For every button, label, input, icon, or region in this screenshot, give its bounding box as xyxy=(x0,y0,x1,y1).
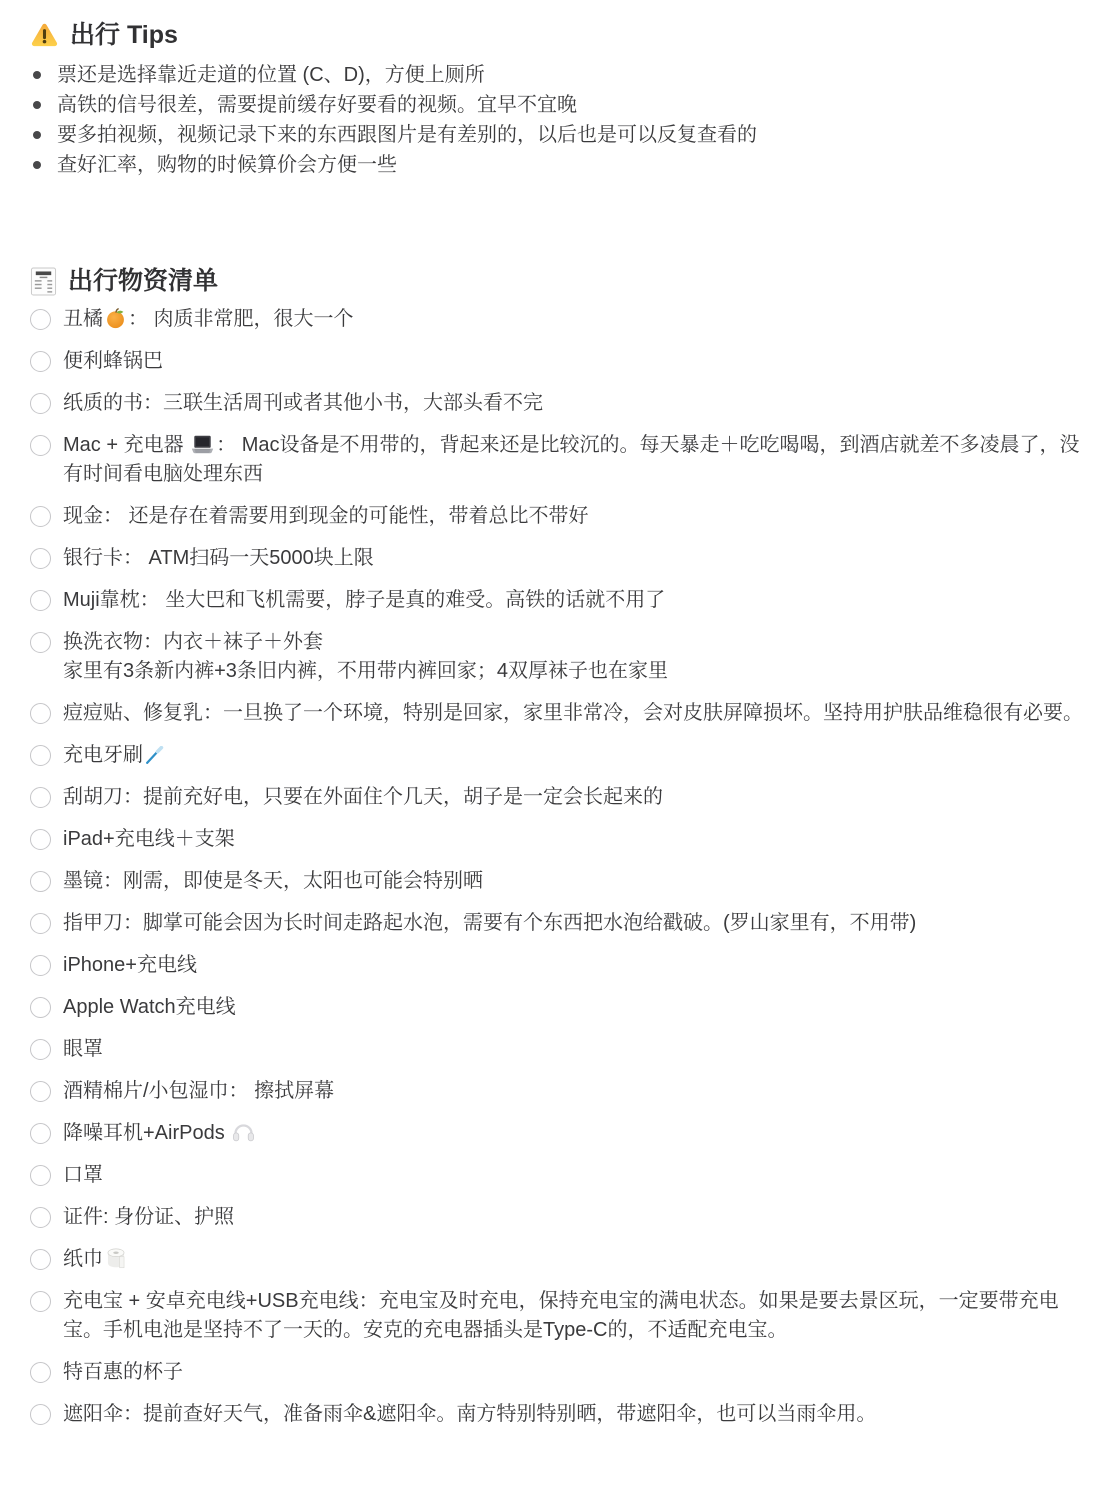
checklist-item: Apple Watch充电线 xyxy=(30,993,1094,1022)
item-text: 墨镜：刚需，即使是冬天，太阳也可能会特别晒 xyxy=(63,867,483,896)
checkbox-circle[interactable] xyxy=(30,548,51,569)
tip-text: 高铁的信号很差，需要提前缓存好要看的视频。宜早不宜晚 xyxy=(57,90,577,120)
toothbrush-icon xyxy=(145,746,164,765)
item-text: 证件: 身份证、护照 xyxy=(63,1203,234,1232)
checkbox-circle[interactable] xyxy=(30,632,51,653)
checkbox-circle[interactable] xyxy=(30,590,51,611)
bullet-icon xyxy=(33,71,41,79)
item-text-segment: 纸巾 xyxy=(63,1248,103,1270)
checklist-item: 银行卡： ATM扫码一天5000块上限 xyxy=(30,544,1094,573)
headphones-icon xyxy=(232,1122,255,1143)
item-text-segment: ： Mac设备是不用带的，背起来还是比较沉的。每天暴走＋吃吃喝喝，到酒店就差不多… xyxy=(63,434,1079,485)
item-text-segment: 纸质的书：三联生活周刊或者其他小书，大部头看不完 xyxy=(63,392,543,414)
item-text-segment: 指甲刀：脚掌可能会因为长时间走路起水泡，需要有个东西把水泡给戳破。(罗山家里有，… xyxy=(63,912,916,934)
checklist-item: 降噪耳机+AirPods xyxy=(30,1119,1094,1148)
checkbox-circle[interactable] xyxy=(30,871,51,892)
item-text: 眼罩 xyxy=(63,1035,103,1064)
item-text: 换洗衣物：内衣＋袜子＋外套 家里有3条新内裤+3条旧内裤，不用带内裤回家；4双厚… xyxy=(63,628,668,686)
checklist-item: 纸巾 xyxy=(30,1245,1094,1274)
checkbox-circle[interactable] xyxy=(30,1123,51,1144)
item-text: 刮胡刀：提前充好电，只要在外面住个几天，胡子是一定会长起来的 xyxy=(63,783,663,812)
checkbox-circle[interactable] xyxy=(30,351,51,372)
tips-list: 票还是选择靠近走道的位置 (C、D)，方便上厕所高铁的信号很差，需要提前缓存好要… xyxy=(30,60,1094,180)
item-text-segment: 酒精棉片/小包湿巾： 擦拭屏幕 xyxy=(63,1080,334,1102)
checkbox-circle[interactable] xyxy=(30,955,51,976)
item-text: Muji靠枕： 坐大巴和飞机需要，脖子是真的难受。高铁的话就不用了 xyxy=(63,586,665,615)
item-text: 便利蜂锅巴 xyxy=(63,347,163,376)
tip-item: 查好汇率，购物的时候算价会方便一些 xyxy=(30,150,1094,180)
checklist-item: 刮胡刀：提前充好电，只要在外面住个几天，胡子是一定会长起来的 xyxy=(30,783,1094,812)
item-text-segment: 丑橘 xyxy=(63,308,103,330)
checkbox-circle[interactable] xyxy=(30,393,51,414)
checklist-item: iPad+充电线＋支架 xyxy=(30,825,1094,854)
item-text-segment: 降噪耳机+AirPods xyxy=(63,1122,230,1144)
item-text: 丑橘： 肉质非常肥，很大一个 xyxy=(63,305,354,334)
checkbox-circle[interactable] xyxy=(30,1039,51,1060)
item-text-segment: 口罩 xyxy=(63,1164,103,1186)
item-text: 降噪耳机+AirPods xyxy=(63,1119,257,1148)
tip-text: 查好汇率，购物的时候算价会方便一些 xyxy=(57,150,397,180)
item-text-segment: 便利蜂锅巴 xyxy=(63,350,163,372)
checklist-item: 换洗衣物：内衣＋袜子＋外套 家里有3条新内裤+3条旧内裤，不用带内裤回家；4双厚… xyxy=(30,628,1094,686)
checklist-section: 出行物资清单 丑橘： 肉质非常肥，很大一个便利蜂锅巴纸质的书：三联生活周刊或者其… xyxy=(30,266,1094,1429)
receipt-icon xyxy=(30,267,57,296)
checklist-item: 便利蜂锅巴 xyxy=(30,347,1094,376)
item-text-segment: 银行卡： ATM扫码一天5000块上限 xyxy=(63,547,374,569)
item-text: 纸巾 xyxy=(63,1245,129,1274)
checklist-item: 酒精棉片/小包湿巾： 擦拭屏幕 xyxy=(30,1077,1094,1106)
checklist-item: 证件: 身份证、护照 xyxy=(30,1203,1094,1232)
checklist-item: 丑橘： 肉质非常肥，很大一个 xyxy=(30,305,1094,334)
item-text-segment: Muji靠枕： 坐大巴和飞机需要，脖子是真的难受。高铁的话就不用了 xyxy=(63,589,665,611)
checklist-item: 充电牙刷 xyxy=(30,741,1094,770)
item-text: 酒精棉片/小包湿巾： 擦拭屏幕 xyxy=(63,1077,334,1106)
checklist-item: 指甲刀：脚掌可能会因为长时间走路起水泡，需要有个东西把水泡给戳破。(罗山家里有，… xyxy=(30,909,1094,938)
item-text: 现金： 还是存在着需要用到现金的可能性，带着总比不带好 xyxy=(63,502,589,531)
item-text: Apple Watch充电线 xyxy=(63,993,236,1022)
bullet-icon xyxy=(33,161,41,169)
checklist-item: 特百惠的杯子 xyxy=(30,1358,1094,1387)
item-text-segment: 证件: 身份证、护照 xyxy=(63,1206,234,1228)
warning-icon xyxy=(30,22,59,48)
checkbox-circle[interactable] xyxy=(30,435,51,456)
checkbox-circle[interactable] xyxy=(30,1291,51,1312)
checkbox-circle[interactable] xyxy=(30,309,51,330)
item-text-segment: iPad+充电线＋支架 xyxy=(63,828,235,850)
checklist-item: 痘痘贴、修复乳：一旦换了一个环境，特别是回家，家里非常冷，会对皮肤屏障损坏。坚持… xyxy=(30,699,1094,728)
item-text: 遮阳伞：提前查好天气，准备雨伞&遮阳伞。南方特别特别晒，带遮阳伞，也可以当雨伞用… xyxy=(63,1400,876,1429)
item-text: 充电宝 + 安卓充电线+USB充电线：充电宝及时充电，保持充电宝的满电状态。如果… xyxy=(63,1287,1094,1345)
tip-item: 票还是选择靠近走道的位置 (C、D)，方便上厕所 xyxy=(30,60,1094,90)
checkbox-circle[interactable] xyxy=(30,506,51,527)
checkbox-circle[interactable] xyxy=(30,829,51,850)
checklist-item: 遮阳伞：提前查好天气，准备雨伞&遮阳伞。南方特别特别晒，带遮阳伞，也可以当雨伞用… xyxy=(30,1400,1094,1429)
checkbox-circle[interactable] xyxy=(30,1165,51,1186)
tip-item: 高铁的信号很差，需要提前缓存好要看的视频。宜早不宜晚 xyxy=(30,90,1094,120)
checkbox-circle[interactable] xyxy=(30,1081,51,1102)
item-text-segment: 换洗衣物：内衣＋袜子＋外套 家里有3条新内裤+3条旧内裤，不用带内裤回家；4双厚… xyxy=(63,631,668,682)
checkbox-circle[interactable] xyxy=(30,1404,51,1425)
checkbox-circle[interactable] xyxy=(30,1362,51,1383)
item-text: 指甲刀：脚掌可能会因为长时间走路起水泡，需要有个东西把水泡给戳破。(罗山家里有，… xyxy=(63,909,916,938)
tips-section-header: 出行 Tips xyxy=(30,20,1094,50)
checkbox-circle[interactable] xyxy=(30,1207,51,1228)
item-text-segment: Mac + 充电器 xyxy=(63,434,189,456)
checklist-items: 丑橘： 肉质非常肥，很大一个便利蜂锅巴纸质的书：三联生活周刊或者其他小书，大部头… xyxy=(30,305,1094,1429)
item-text-segment: 痘痘贴、修复乳：一旦换了一个环境，特别是回家，家里非常冷，会对皮肤屏障损坏。坚持… xyxy=(63,702,1083,724)
checklist-item: 充电宝 + 安卓充电线+USB充电线：充电宝及时充电，保持充电宝的满电状态。如果… xyxy=(30,1287,1094,1345)
item-text: 银行卡： ATM扫码一天5000块上限 xyxy=(63,544,374,573)
item-text: 痘痘贴、修复乳：一旦换了一个环境，特别是回家，家里非常冷，会对皮肤屏障损坏。坚持… xyxy=(63,699,1083,728)
checklist-section-header: 出行物资清单 xyxy=(30,266,1094,296)
checkbox-circle[interactable] xyxy=(30,1249,51,1270)
checklist-item: 眼罩 xyxy=(30,1035,1094,1064)
tip-text: 票还是选择靠近走道的位置 (C、D)，方便上厕所 xyxy=(57,60,485,90)
checkbox-circle[interactable] xyxy=(30,913,51,934)
checklist-item: 口罩 xyxy=(30,1161,1094,1190)
item-text-segment: 遮阳伞：提前查好天气，准备雨伞&遮阳伞。南方特别特别晒，带遮阳伞，也可以当雨伞用… xyxy=(63,1403,876,1425)
item-text: 口罩 xyxy=(63,1161,103,1190)
item-text-segment: 刮胡刀：提前充好电，只要在外面住个几天，胡子是一定会长起来的 xyxy=(63,786,663,808)
item-text-segment: Apple Watch充电线 xyxy=(63,996,236,1018)
item-text-segment: ： 肉质非常肥，很大一个 xyxy=(128,308,354,330)
item-text-segment: 现金： 还是存在着需要用到现金的可能性，带着总比不带好 xyxy=(63,505,589,527)
checkbox-circle[interactable] xyxy=(30,787,51,808)
tips-section-title: 出行 Tips xyxy=(70,20,178,50)
toilet-paper-icon xyxy=(105,1247,127,1269)
item-text-segment: 眼罩 xyxy=(63,1038,103,1060)
note-body: 出行 Tips 票还是选择靠近走道的位置 (C、D)，方便上厕所高铁的信号很差，… xyxy=(0,0,1120,1502)
item-text-segment: 特百惠的杯子 xyxy=(63,1361,183,1383)
item-text-segment: iPhone+充电线 xyxy=(63,954,197,976)
checklist-item: iPhone+充电线 xyxy=(30,951,1094,980)
checklist-item: Muji靠枕： 坐大巴和飞机需要，脖子是真的难受。高铁的话就不用了 xyxy=(30,586,1094,615)
checklist-item: Mac + 充电器 ： Mac设备是不用带的，背起来还是比较沉的。每天暴走＋吃吃… xyxy=(30,431,1094,489)
item-text-segment: 充电牙刷 xyxy=(63,744,143,766)
tips-section: 出行 Tips 票还是选择靠近走道的位置 (C、D)，方便上厕所高铁的信号很差，… xyxy=(30,20,1094,180)
checklist-item: 现金： 还是存在着需要用到现金的可能性，带着总比不带好 xyxy=(30,502,1094,531)
checklist-section-title: 出行物资清单 xyxy=(68,266,218,296)
item-text: 纸质的书：三联生活周刊或者其他小书，大部头看不完 xyxy=(63,389,543,418)
tip-item: 要多拍视频，视频记录下来的东西跟图片是有差别的，以后也是可以反复查看的 xyxy=(30,120,1094,150)
note-page: { "colors": { "text": "#3a3a3c", "headin… xyxy=(0,0,1120,1509)
checklist-item: 纸质的书：三联生活周刊或者其他小书，大部头看不完 xyxy=(30,389,1094,418)
checkbox-circle[interactable] xyxy=(30,703,51,724)
checkbox-circle[interactable] xyxy=(30,997,51,1018)
item-text: iPhone+充电线 xyxy=(63,951,197,980)
checklist-item: 墨镜：刚需，即使是冬天，太阳也可能会特别晒 xyxy=(30,867,1094,896)
item-text: 充电牙刷 xyxy=(63,741,166,770)
bullet-icon xyxy=(33,101,41,109)
item-text: Mac + 充电器 ： Mac设备是不用带的，背起来还是比较沉的。每天暴走＋吃吃… xyxy=(63,431,1094,489)
item-text: 特百惠的杯子 xyxy=(63,1358,183,1387)
bullet-icon xyxy=(33,131,41,139)
item-text-segment: 墨镜：刚需，即使是冬天，太阳也可能会特别晒 xyxy=(63,870,483,892)
checkbox-circle[interactable] xyxy=(30,745,51,766)
tip-text: 要多拍视频，视频记录下来的东西跟图片是有差别的，以后也是可以反复查看的 xyxy=(57,120,757,150)
tangerine-icon xyxy=(105,308,126,329)
item-text: iPad+充电线＋支架 xyxy=(63,825,235,854)
item-text-segment: 充电宝 + 安卓充电线+USB充电线：充电宝及时充电，保持充电宝的满电状态。如果… xyxy=(63,1290,1059,1341)
laptop-icon xyxy=(191,435,214,455)
